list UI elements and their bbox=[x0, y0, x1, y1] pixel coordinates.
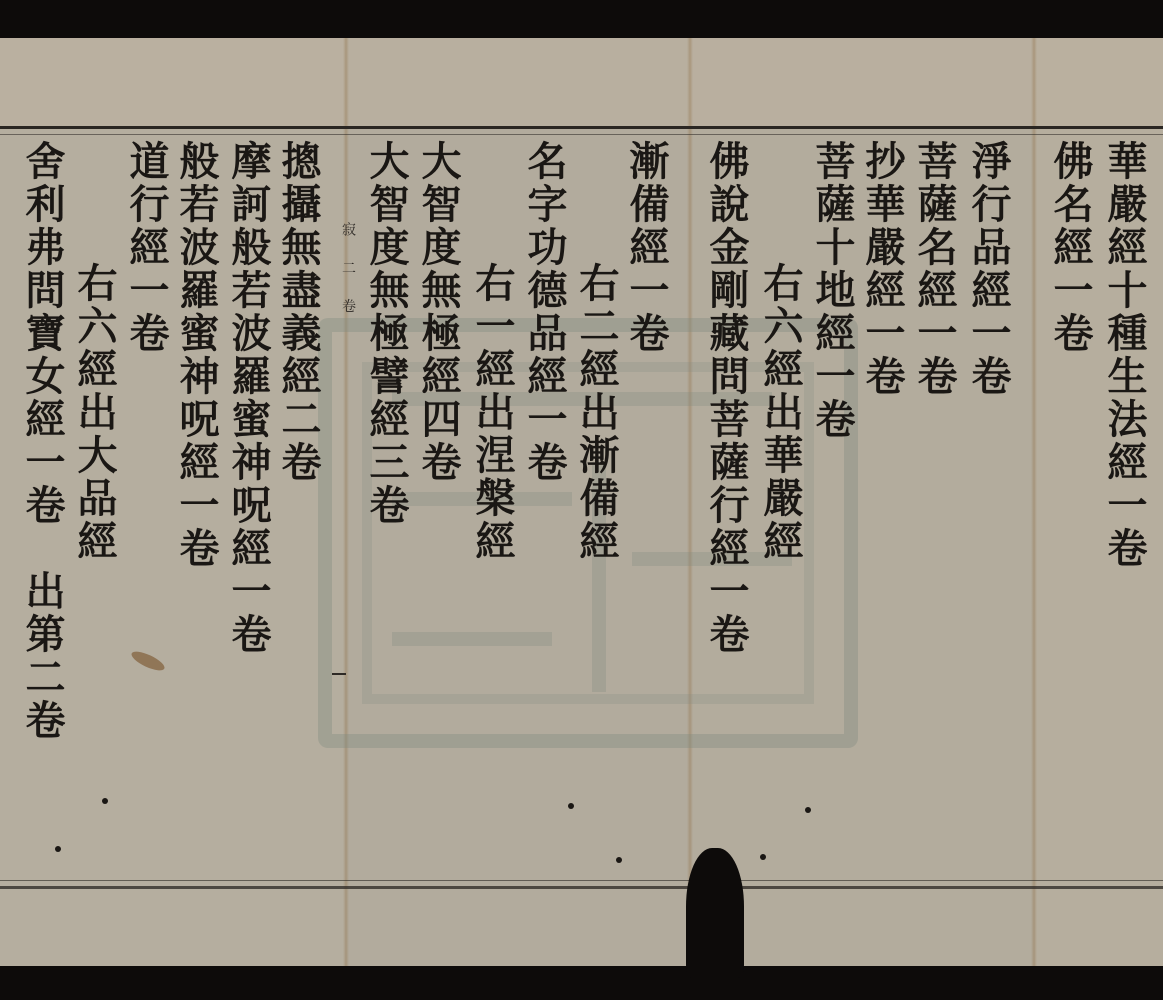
column-9: 漸備經一卷 bbox=[624, 140, 668, 355]
ink-dot bbox=[760, 854, 766, 860]
column-4: 菩薩名經一卷 bbox=[912, 140, 956, 398]
column-18: 道行經一卷 bbox=[124, 140, 168, 355]
ink-dot bbox=[805, 807, 811, 813]
column-15: 摠攝無盡義經二卷 bbox=[276, 140, 320, 484]
column-17: 般若波羅蜜神呪經一卷 bbox=[174, 140, 218, 570]
ink-dot bbox=[616, 857, 622, 863]
fold-signature: 寂 二 卷 bbox=[338, 222, 358, 323]
column-7-note: 右六經出華嚴經 bbox=[758, 262, 802, 563]
column-13: 大智度無極經四卷 bbox=[416, 140, 460, 484]
ink-dot bbox=[568, 803, 574, 809]
margin-dash bbox=[332, 673, 346, 675]
bottom-border-rule bbox=[0, 886, 1163, 889]
column-6: 菩薩十地經一卷 bbox=[810, 140, 854, 441]
column-10-note: 右二經出漸備經 bbox=[574, 262, 618, 563]
column-20: 舍利弗問寶女經一卷 出第二卷 bbox=[20, 140, 64, 742]
column-3: 淨行品經一卷 bbox=[966, 140, 1010, 398]
column-16: 摩訶般若波羅蜜神呪經一卷 bbox=[226, 140, 270, 656]
column-8: 佛說金剛藏問菩薩行經一卷 bbox=[704, 140, 748, 656]
bottom-inner-rule bbox=[0, 880, 1163, 881]
column-2: 佛名經一卷 bbox=[1048, 140, 1092, 355]
fold-line bbox=[1031, 38, 1037, 966]
top-margin bbox=[0, 38, 1163, 126]
top-inner-rule bbox=[0, 134, 1163, 135]
column-11: 名字功德品經一卷 bbox=[522, 140, 566, 484]
column-14: 大智度無極譬經三卷 bbox=[364, 140, 408, 527]
ink-dot bbox=[55, 846, 61, 852]
column-19-note: 右六經出大品經 bbox=[72, 262, 116, 563]
top-border-rule bbox=[0, 126, 1163, 129]
column-1: 華嚴經十種生法經一卷 bbox=[1102, 140, 1146, 570]
ink-dot bbox=[102, 798, 108, 804]
column-12-note: 右一經出涅槃經 bbox=[470, 262, 514, 563]
column-5: 抄華嚴經一卷 bbox=[860, 140, 904, 398]
damage-hole bbox=[686, 848, 744, 978]
